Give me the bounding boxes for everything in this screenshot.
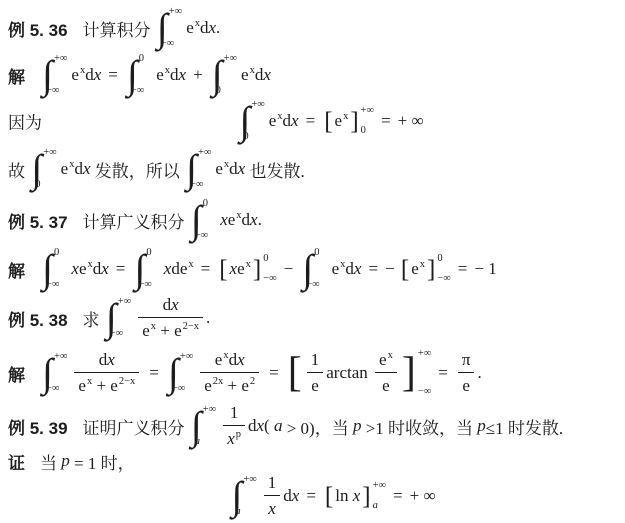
example-5-37-label: 例 5. 37 (8, 208, 68, 233)
math-variable: x (291, 111, 299, 131)
upper-limit: +∞ (198, 148, 211, 159)
power-exponent: x (80, 66, 85, 77)
math-variable: x (238, 159, 246, 179)
math-power: ex (180, 259, 194, 279)
power-base: e (332, 259, 340, 278)
fraction: exdxe2x + e2 (200, 350, 259, 397)
denominator: e (375, 373, 397, 396)
power-exponent: x (343, 112, 348, 123)
solution-5-37-row: 解 ∫0−∞xexdx=∫0−∞xdex=[xex]0−∞−∫0−∞exdx=−… (0, 246, 625, 292)
integral-limits: 0−∞ (313, 247, 326, 291)
integral-limits: 0−∞ (202, 198, 215, 242)
power-exponent: 2−x (183, 322, 199, 333)
power-base: e (411, 259, 419, 278)
integral: ∫+∞−∞ (186, 147, 210, 191)
lower-limit: 0 (35, 180, 48, 191)
bracket-with-limits: ]+∞0 (348, 106, 374, 136)
solution-5-38-row: 解 ∫+∞−∞dxex + e2−x=∫+∞−∞exdxe2x + e2=[1e… (0, 344, 625, 402)
denominator: e2x + e2 (200, 373, 259, 396)
because-formula: ∫+∞0exdx=[ex]+∞0=+ ∞ (237, 99, 423, 143)
math-variable: x (179, 65, 187, 85)
power-base: e (110, 376, 118, 395)
lower-limit: −∞ (437, 274, 450, 285)
math-power: ex (411, 259, 425, 279)
upper-limit: +∞ (203, 405, 216, 416)
upper-limit: +∞ (43, 148, 56, 159)
upper-limit: +∞ (418, 349, 431, 360)
math-text: d (229, 350, 238, 370)
upper-limit: 0 (146, 248, 159, 259)
textbook-page: 例 5. 36 计算积分 ∫+∞−∞exdx. 解 ∫+∞−∞exdx=∫0−∞… (0, 0, 625, 523)
power-base: e (174, 321, 182, 340)
math-variable: p (61, 451, 70, 471)
math-text: 计算积分 (83, 16, 155, 41)
solution-label: 解 (8, 361, 25, 386)
because-label: 因为 (8, 109, 42, 134)
math-text: > 0)，当 (282, 414, 353, 439)
example-5-38-formula: 求 ∫+∞−∞dxex + e2−x. (83, 295, 211, 342)
power-base: e (79, 259, 87, 278)
solution-5-36-row: 解 ∫+∞−∞exdx=∫0−∞exdx+∫+∞0exdx (0, 52, 625, 98)
integral: ∫+∞−∞ (157, 6, 181, 50)
lower-limit: −∞ (195, 231, 208, 242)
math-text: 1 (230, 403, 239, 423)
power-base: e (156, 65, 164, 84)
math-power: e2−x (174, 321, 199, 341)
math-variable: x (164, 259, 172, 279)
math-operator: = (438, 363, 448, 383)
upper-limit: +∞ (361, 106, 374, 117)
integral-limits: 0−∞ (53, 247, 66, 291)
power-base: e (78, 376, 86, 395)
math-variable: x (354, 259, 362, 279)
integral: ∫0−∞ (127, 53, 151, 97)
math-variable: x (263, 65, 271, 85)
math-operator: = (269, 363, 279, 383)
power-exponent: x (340, 260, 345, 271)
numerator: 1 (223, 403, 245, 426)
lower-limit: −∞ (138, 280, 151, 291)
lower-limit: −∞ (263, 274, 276, 285)
math-text: + (156, 321, 174, 341)
integral-limits: +∞−∞ (53, 53, 66, 97)
math-text: + (223, 376, 241, 396)
math-power: ex (215, 350, 229, 370)
math-text: d (163, 295, 172, 315)
math-text: − (385, 259, 399, 279)
upper-limit: 0 (314, 248, 327, 259)
math-power: e2 (241, 376, 255, 396)
upper-limit: 0 (263, 254, 276, 265)
numerator: ex (375, 350, 397, 373)
power-exponent: x (388, 351, 393, 362)
math-power: ex (156, 65, 170, 85)
math-text: 故 (8, 157, 29, 182)
power-base: e (228, 210, 236, 229)
power-exponent: x (223, 351, 228, 362)
math-text: ln (335, 486, 352, 506)
example-5-38-label: 例 5. 38 (8, 306, 68, 331)
power-base: e (71, 65, 79, 84)
solution-label: 解 (8, 63, 25, 88)
integral-limits: +∞a (202, 404, 215, 448)
integral-limits: +∞0 (42, 147, 55, 191)
numerator: π (458, 350, 475, 373)
math-variable: x (94, 65, 102, 85)
math-variable: x (237, 350, 245, 370)
integral: ∫+∞0 (239, 99, 263, 143)
lower-limit: −∞ (306, 280, 319, 291)
lower-limit: 0 (216, 86, 229, 97)
math-variable: x (107, 350, 115, 370)
integral: ∫+∞−∞ (168, 351, 192, 395)
power-base: e (379, 350, 387, 369)
math-text: e (462, 376, 470, 396)
fraction: dxex + e2−x (74, 350, 139, 397)
lower-limit: −∞ (131, 86, 144, 97)
math-variable: x (292, 486, 300, 506)
lower-limit: a (235, 507, 248, 518)
denominator: e (458, 373, 475, 396)
power-base: e (204, 376, 212, 395)
math-operator: = (108, 65, 118, 85)
fraction: πe (458, 350, 475, 397)
lower-limit: −∞ (190, 180, 203, 191)
power-exponent: x (151, 322, 156, 333)
math-power: e2x (204, 376, 223, 396)
math-power: ex (186, 18, 200, 38)
math-variable: x (208, 18, 216, 38)
math-text: . (258, 210, 262, 230)
math-variable: a (274, 416, 283, 436)
math-text: d (345, 259, 354, 279)
math-power: ex (269, 111, 283, 131)
math-operator: + (193, 65, 203, 85)
integral-limits: +∞0 (250, 99, 263, 143)
denominator: ex + e2−x (138, 318, 203, 341)
bracket-with-limits: ]+∞−∞ (400, 349, 431, 397)
math-text: ≤1 时发散. (486, 414, 563, 439)
math-variable: x (83, 159, 91, 179)
math-variable: x (71, 259, 79, 279)
math-operator: = (306, 486, 316, 506)
power-exponent: 2−x (119, 377, 135, 388)
integral-limits: +∞−∞ (53, 351, 66, 395)
math-text: d (170, 65, 179, 85)
math-power: ex (215, 159, 229, 179)
power-exponent: x (420, 260, 425, 271)
conclusion-5-36-row: 故 ∫+∞0exdx 发散，所以 ∫+∞−∞exdx 也发散. (0, 144, 625, 194)
lower-limit: −∞ (110, 329, 123, 340)
math-text: d (74, 159, 83, 179)
math-operator: = (306, 111, 316, 131)
denominator: e (307, 373, 324, 396)
integral-limits: +∞−∞ (197, 147, 210, 191)
lower-limit: −∞ (46, 384, 59, 395)
math-text: 计算广义积分 (83, 208, 189, 233)
math-power: ex (79, 259, 93, 279)
example-5-39-heading-row: 例 5. 39 证明广义积分 ∫+∞a1xpdx( a > 0)，当 p >1 … (0, 402, 625, 450)
math-power: ex (142, 321, 156, 341)
math-variable: x (220, 210, 228, 230)
math-text: + (92, 376, 110, 396)
fraction: dxex + e2−x (138, 295, 203, 342)
fraction: 1x (264, 473, 281, 520)
math-text: 求 (83, 306, 104, 331)
lower-limit: a (195, 437, 208, 448)
right-bracket: ] (251, 257, 263, 282)
upper-limit: 0 (139, 54, 152, 65)
math-variable: x (101, 259, 109, 279)
power-exponent: x (165, 66, 170, 77)
upper-limit: +∞ (224, 54, 237, 65)
upper-limit: +∞ (373, 481, 386, 492)
math-text: d (85, 65, 94, 85)
math-variable: x (268, 499, 276, 519)
math-text: 1 (268, 473, 277, 493)
power-base: x (227, 429, 235, 448)
integral: ∫0−∞ (191, 198, 215, 242)
math-text: . (477, 363, 481, 383)
math-operator: = (149, 363, 159, 383)
lower-limit: −∞ (161, 39, 174, 50)
right-bracket: ] (360, 484, 372, 509)
math-text: e (382, 376, 390, 396)
power-exponent: x (195, 19, 200, 30)
proof-formula-row: ∫+∞a1xdx=[ln x]+∞a=+ ∞ (0, 472, 625, 520)
math-text: d (229, 159, 238, 179)
bracket-limits: 0−∞ (263, 254, 276, 284)
math-text: . (216, 18, 220, 38)
math-operator: = (381, 111, 391, 131)
fraction: 1xp (223, 403, 245, 450)
power-exponent: x (250, 66, 255, 77)
bracket-with-limits: ]+∞a (360, 481, 386, 511)
integral-limits: 0−∞ (138, 53, 151, 97)
math-operator: − (284, 259, 294, 279)
power-base: e (335, 111, 343, 130)
because-row: 因为 ∫+∞0exdx=[ex]+∞0=+ ∞ (0, 98, 625, 144)
math-power: ex (61, 159, 75, 179)
math-operator: = (368, 259, 378, 279)
example-5-36-formula: 计算积分 ∫+∞−∞exdx. (83, 6, 221, 50)
math-text: ( (264, 416, 274, 436)
denominator: x (264, 496, 281, 519)
example-5-39-formula: 证明广义积分 ∫+∞a1xpdx( a > 0)，当 p >1 时收敛，当 p≤… (83, 403, 564, 450)
upper-limit: +∞ (169, 7, 182, 18)
numerator: exdx (200, 350, 259, 373)
integral: ∫0−∞ (302, 247, 326, 291)
integral: ∫+∞−∞ (106, 296, 130, 340)
lower-limit: −∞ (172, 384, 185, 395)
power-base: e (241, 376, 249, 395)
example-5-36-label: 例 5. 36 (8, 16, 68, 41)
upper-limit: +∞ (251, 100, 264, 111)
power-exponent: x (188, 260, 193, 271)
solution-5-36-formula: ∫+∞−∞exdx=∫0−∞exdx+∫+∞0exdx (40, 53, 271, 97)
math-power: ex (78, 376, 92, 396)
left-bracket: [ (399, 257, 411, 282)
math-text: . (206, 308, 210, 328)
integral: ∫0−∞ (42, 247, 66, 291)
math-text: 证明广义积分 (83, 414, 189, 439)
integral: ∫+∞a (231, 474, 255, 518)
integral-limits: +∞−∞ (168, 6, 181, 50)
right-bracket: ] (425, 257, 437, 282)
integral: ∫+∞−∞ (42, 53, 66, 97)
math-operator: = (393, 486, 403, 506)
lower-limit: −∞ (46, 280, 59, 291)
lower-limit: 0 (361, 126, 374, 137)
math-text: π (462, 350, 471, 370)
power-base: e (186, 18, 194, 37)
power-base: e (215, 159, 223, 178)
example-5-38-heading-row: 例 5. 38 求 ∫+∞−∞dxex + e2−x. (0, 292, 625, 344)
math-text: >1 时收敛，当 (361, 414, 477, 439)
math-text: e (311, 376, 319, 396)
upper-limit: +∞ (243, 475, 256, 486)
numerator: 1 (307, 350, 324, 373)
proof-formula: ∫+∞a1xdx=[ln x]+∞a=+ ∞ (229, 473, 435, 520)
math-text: d (171, 259, 180, 279)
power-exponent: 2 (250, 377, 255, 388)
proof-row: 证 当 p = 1 时， (0, 450, 625, 472)
power-base: e (142, 321, 150, 340)
integral: ∫+∞0 (212, 53, 236, 97)
integral: ∫0−∞ (134, 247, 158, 291)
lower-limit: −∞ (418, 387, 431, 398)
power-base: e (237, 259, 245, 278)
power-base: e (215, 350, 223, 369)
numerator: 1 (264, 473, 281, 496)
math-text: 也发散. (245, 157, 305, 182)
power-exponent: x (69, 160, 74, 171)
math-variable: x (171, 295, 179, 315)
example-5-36-heading-row: 例 5. 36 计算积分 ∫+∞−∞exdx. (0, 4, 625, 52)
power-base: e (241, 65, 249, 84)
left-bracket: [ (286, 352, 304, 394)
power-exponent: p (236, 430, 241, 441)
math-power: ex (237, 259, 251, 279)
solution-label: 解 (8, 257, 25, 282)
math-operator: = (458, 259, 468, 279)
math-text: d (283, 111, 292, 131)
math-operator: = (116, 259, 126, 279)
fraction: 1e (307, 350, 324, 397)
math-text: d (242, 210, 251, 230)
math-text: d (93, 259, 102, 279)
math-power: ex (71, 65, 85, 85)
upper-limit: +∞ (180, 352, 193, 363)
upper-limit: +∞ (54, 54, 67, 65)
fraction: exe (375, 350, 397, 397)
conclusion-5-36-text: 故 ∫+∞0exdx 发散，所以 ∫+∞−∞exdx 也发散. (8, 147, 305, 191)
bracket-with-limits: ]0−∞ (425, 254, 451, 284)
math-text: arctan (326, 363, 372, 383)
integral: ∫+∞0 (31, 147, 55, 191)
example-5-37-formula: 计算广义积分 ∫0−∞xexdx. (83, 198, 262, 242)
math-power: xp (227, 429, 241, 449)
upper-limit: 0 (437, 254, 450, 265)
proof-case-text: 当 p = 1 时， (40, 449, 135, 474)
left-bracket: [ (323, 484, 335, 509)
power-base: e (269, 111, 277, 130)
lower-limit: 0 (243, 132, 256, 143)
power-base: e (61, 159, 69, 178)
upper-limit: 0 (54, 248, 67, 259)
lower-limit: −∞ (46, 86, 59, 97)
bracket-limits: +∞0 (361, 106, 374, 136)
bracket-limits: +∞−∞ (418, 349, 431, 397)
power-exponent: x (87, 377, 92, 388)
integral-limits: +∞−∞ (179, 351, 192, 395)
integral: ∫+∞−∞ (42, 351, 66, 395)
math-power: ex (241, 65, 255, 85)
math-text: + ∞ (398, 111, 424, 131)
numerator: dx (74, 350, 139, 373)
math-variable: x (256, 416, 264, 436)
math-variable: x (230, 259, 238, 279)
integral-limits: +∞0 (223, 53, 236, 97)
upper-limit: +∞ (118, 297, 131, 308)
power-exponent: x (277, 112, 282, 123)
denominator: ex + e2−x (74, 373, 139, 396)
math-text: + ∞ (410, 486, 436, 506)
power-exponent: 2x (213, 377, 224, 388)
integral-limits: 0−∞ (145, 247, 158, 291)
math-power: e2−x (110, 376, 135, 396)
left-bracket: [ (217, 257, 229, 282)
math-power: ex (335, 111, 349, 131)
power-exponent: x (87, 260, 92, 271)
right-bracket: ] (348, 109, 360, 134)
math-variable: x (353, 486, 361, 506)
integral: ∫+∞a (191, 404, 215, 448)
example-5-39-label: 例 5. 39 (8, 414, 68, 439)
math-operator: = (201, 259, 211, 279)
integral-limits: +∞a (242, 474, 255, 518)
math-variable: x (250, 210, 258, 230)
upper-limit: +∞ (54, 352, 67, 363)
left-bracket: [ (322, 109, 334, 134)
power-exponent: x (236, 211, 241, 222)
power-base: e (180, 259, 188, 278)
bracket-limits: 0−∞ (437, 254, 450, 284)
right-bracket: ] (400, 352, 418, 394)
math-text: = 1 时， (70, 449, 135, 474)
math-power: ex (332, 259, 346, 279)
math-text: 发散，所以 (90, 157, 184, 182)
math-text: 当 (40, 449, 61, 474)
numerator: dx (138, 295, 203, 318)
math-text: 1 (311, 350, 320, 370)
integral-limits: +∞−∞ (117, 296, 130, 340)
power-exponent: x (246, 260, 251, 271)
bracket-limits: +∞a (373, 481, 386, 511)
math-power: ex (228, 210, 242, 230)
example-5-37-heading-row: 例 5. 37 计算广义积分 ∫0−∞xexdx. (0, 194, 625, 246)
math-variable: p (477, 416, 486, 436)
upper-limit: 0 (203, 199, 216, 210)
denominator: xp (223, 426, 245, 449)
power-exponent: x (224, 160, 229, 171)
solution-5-38-formula: ∫+∞−∞dxex + e2−x=∫+∞−∞exdxe2x + e2=[1ear… (40, 349, 482, 397)
math-variable: p (353, 416, 362, 436)
lower-limit: a (373, 501, 386, 512)
math-text: − 1 (474, 259, 496, 279)
bracket-with-limits: ]0−∞ (251, 254, 277, 284)
solution-5-37-formula: ∫0−∞xexdx=∫0−∞xdex=[xex]0−∞−∫0−∞exdx=− [… (40, 247, 497, 291)
